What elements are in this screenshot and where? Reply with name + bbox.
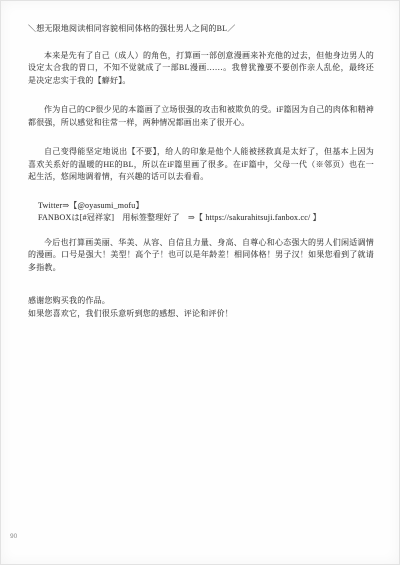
paragraph-origin-story: 本来是先有了自己（成人）的角色，打算画一部创意漫画来补充他的过去，但他身边男人的… [28, 50, 374, 88]
page-number: 90 [10, 533, 17, 540]
thanks-block: 感谢您购买我的作品。 如果您喜欢它，我们很乐意听到您的感想、评论和评价！ [28, 295, 374, 320]
twitter-handle-line: Twitter⇒【@oyasumi_mofu】 [38, 200, 374, 213]
slogan-line: ＼想无限地阅读相同容貌相同体格的强壮男人之间的BL／ [28, 23, 374, 36]
fanbox-url-line: FANBOXは[#冠祥家] 用标签整理好了 ⇒【 https://sakurah… [38, 212, 374, 225]
author-links: Twitter⇒【@oyasumi_mofu】 FANBOXは[#冠祥家] 用标… [38, 200, 374, 225]
paragraph-cp-notes: 作为自己的CP很少见的本篇画了立场很强的攻击和被欺负的受。iF篇因为自己的肉体和… [28, 104, 374, 129]
paragraph-future-plans: 今后也打算画美丽、华美、从容、自信且力量、身高、自尊心和心态强大的男人们闲适调情… [28, 237, 374, 275]
paragraph-if-route-notes: 自己变得能坚定地说出【不要】，给人的印象是他个人能被拯救真是太好了，但基本上因为… [28, 146, 374, 184]
scanned-afterword-page: ＼想无限地阅读相同容貌相同体格的强壮男人之间的BL／ 本来是先有了自己（成人）的… [0, 0, 400, 565]
thanks-line: 感谢您购买我的作品。 [28, 295, 374, 308]
feedback-request-line: 如果您喜欢它，我们很乐意听到您的感想、评论和评价！ [28, 308, 374, 321]
text-content: ＼想无限地阅读相同容貌相同体格的强壮男人之间的BL／ 本来是先有了自己（成人）的… [28, 23, 374, 320]
